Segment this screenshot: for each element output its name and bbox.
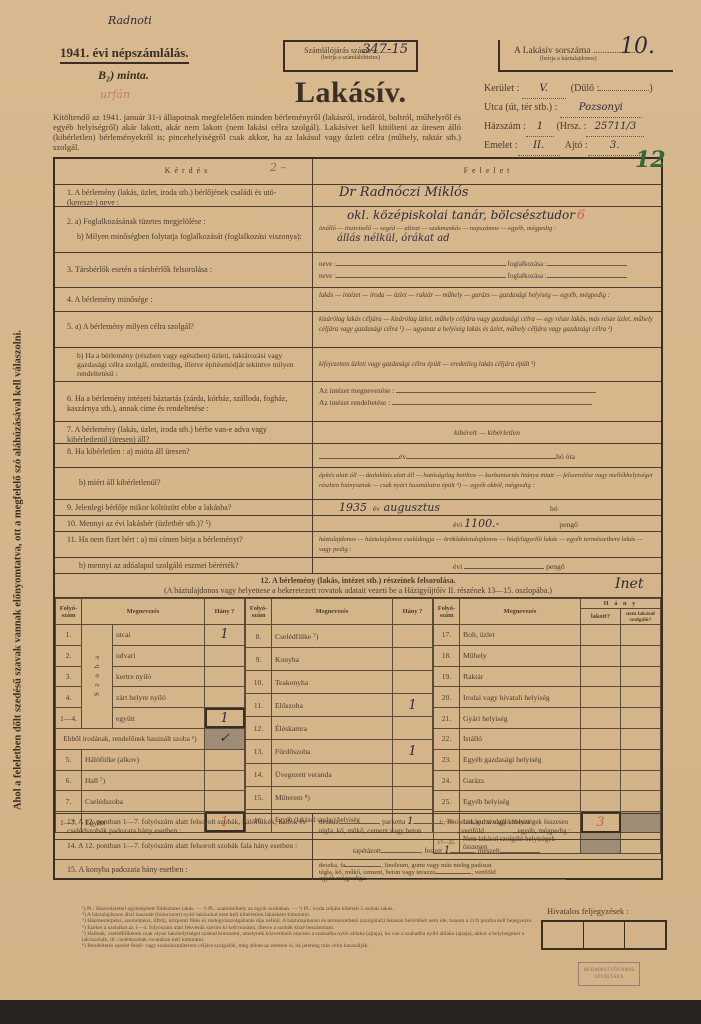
q12-hand-note: Inet xyxy=(615,576,643,592)
archive-stamp: BUDAPEST FŐVÁROS LEVÉLTÁRA xyxy=(578,962,640,986)
q7-text: 7. A bérlemény (lakás, üzlet, iroda stb.… xyxy=(55,422,313,443)
room-name: Teakonyha xyxy=(272,671,393,694)
address-block: Kerület : V. (Dűlő :) Utca (út, tér stb.… xyxy=(484,80,653,156)
q14-meszelt: , meszelt xyxy=(474,847,500,855)
room-lakott[interactable] xyxy=(581,770,621,791)
q6-row: 6. Ha a bérlemény intézeti háztartás (zá… xyxy=(55,382,661,422)
q5a-text: 5. a) A bérlemény milyen célra szolgál? xyxy=(55,312,313,347)
census-title: 1941. évi népszámlálás. xyxy=(60,45,189,64)
room-count-total[interactable]: 1 xyxy=(205,708,245,729)
q8a-row: 8. Ha kibérletlen : a) mióta áll üresen?… xyxy=(55,444,661,468)
q11b-text: b) mennyi az adóalapul szolgáló eszmei b… xyxy=(55,558,313,573)
room-no: 17. xyxy=(434,625,460,646)
green-mark: 12 xyxy=(635,147,666,173)
room-row: 17.Bolt, üzlet xyxy=(434,625,661,646)
room-row: 12.Éléskamra xyxy=(246,717,433,740)
q14-festett-value[interactable]: 1 xyxy=(444,845,450,856)
q14-festett-line xyxy=(450,852,474,853)
room-nem-lakasul[interactable] xyxy=(621,666,661,687)
room-name: Ebből irodának, rendelőnek használt szob… xyxy=(56,728,205,749)
room-name: együtt xyxy=(113,708,205,729)
footnote: ⁵) Házmesterpénz, szemétpénz, liftdíj, k… xyxy=(82,918,542,924)
room-name: Egyéb gazdasági helyiség xyxy=(460,749,581,770)
room-name: Éléskamra xyxy=(272,717,393,740)
room-name: Irodai vagy hivatali helyiség xyxy=(460,687,581,708)
lakott-header: lakott? xyxy=(581,609,621,625)
utca-label: Utca (út, tér stb.) : xyxy=(484,102,557,113)
q10-amount[interactable]: 1100.- xyxy=(464,517,499,530)
q14-tapetazott: tapétázott xyxy=(353,847,381,855)
room-row: 18.Műhely xyxy=(434,645,661,666)
room-lakott[interactable] xyxy=(581,728,621,749)
room-row: 5.Hálófülke (alkov) xyxy=(56,749,245,770)
room-no: 19. xyxy=(434,666,460,687)
q10-currency: pengő xyxy=(499,520,578,529)
col1-folyoszam-header: Folyó-szám xyxy=(56,599,82,625)
q9-year[interactable]: 1935 xyxy=(319,501,367,514)
q6-text: 6. Ha a bérlemény intézeti háztartás (zá… xyxy=(55,382,313,421)
room-row: 20.Irodai vagy hivatali helyiség xyxy=(434,687,661,708)
q13-text: 13. A 12. pontban 1—7. folyószám alatt f… xyxy=(55,814,313,839)
room-no: 1. xyxy=(56,625,82,646)
q3-name-label-2: neve : xyxy=(319,272,336,280)
dulo-field[interactable] xyxy=(599,90,649,91)
room-nem-lakasul[interactable] xyxy=(621,749,661,770)
room-row: 15.Műterem ⁸) xyxy=(246,786,433,809)
q14-answer-cell: tapétázott, festett 1, meszelt xyxy=(313,840,661,859)
room-row: 6.Hall ⁷) xyxy=(56,770,245,791)
q5b-row: b) Ha a bérlemény (részben vagy egészben… xyxy=(55,348,661,382)
form-title: Lakásív. xyxy=(295,76,407,110)
q8b-row: b) miért áll kibérletlenül? építés alatt… xyxy=(55,468,661,500)
q2a-answer[interactable]: okl. középiskolai tanár, bölcsésztudor xyxy=(347,208,575,222)
q6-label1: Az intézet megnevezése : xyxy=(319,386,394,395)
q12-subtitle: (A háztulajdonos vagy helyettese a beker… xyxy=(55,586,661,596)
q8a-year-field[interactable] xyxy=(319,458,399,459)
room-no: 20. xyxy=(434,687,460,708)
census-form-page: Radnoti 1941. évi népszámlálás. B₂) mint… xyxy=(0,0,701,1000)
q13-deszka: deszka xyxy=(319,818,339,826)
room-no: 14. xyxy=(246,763,272,786)
col-answer-header: F e l e l e t xyxy=(313,159,661,184)
q2a-text: 2. a) Foglalkozásának tüzetes megjelölés… xyxy=(67,217,306,227)
q3-answer-cell: neve : foglalkozása : neve : foglalkozás… xyxy=(313,253,661,287)
room-no: 25. xyxy=(434,791,460,812)
room-row: 8.Cselédfülke ⁷) xyxy=(246,625,433,648)
room-name: Műhely xyxy=(460,645,581,666)
sorszam-label: A Lakásív sorszáma xyxy=(514,46,591,56)
q11a-options[interactable]: háztulajdonos — háztulajdonos családtagj… xyxy=(313,532,661,557)
room-no: 15. xyxy=(246,786,272,809)
room-row: 11.Előszoba1 xyxy=(246,694,433,717)
col2-hany-header: Hány ? xyxy=(393,599,433,625)
room-name: Gyári helyiség xyxy=(460,708,581,729)
side-instruction: Ahol a feleletben dőlt szedésű szavak va… xyxy=(6,175,30,965)
q9-ho: hó xyxy=(440,504,558,513)
q1-text: 1. A bérlemény (lakás, üzlet, iroda stb.… xyxy=(55,185,313,206)
room-count-office[interactable]: ✓ xyxy=(205,728,245,749)
q1-answer-cell: Dr Radnóczi Miklós xyxy=(313,185,661,206)
q8a-text: 8. Ha kibérletlen : a) mióta áll üresen? xyxy=(55,444,313,467)
q9-ev: év xyxy=(373,504,380,513)
room-count[interactable] xyxy=(393,625,433,648)
room-name: Hall ⁷) xyxy=(82,770,205,791)
side-instruction-text: Ahol a feleletben dőlt szedésű szavak va… xyxy=(13,330,24,810)
q15-vertfold: , vertföld xyxy=(471,869,495,876)
room-count[interactable] xyxy=(393,717,433,740)
room-nem-lakasul[interactable] xyxy=(621,791,661,812)
official-box-3[interactable] xyxy=(625,922,665,948)
room-name: Előszoba xyxy=(272,694,393,717)
room-row: 21.Gyári helyiség xyxy=(434,708,661,729)
room-count[interactable] xyxy=(205,645,245,666)
room-count[interactable] xyxy=(393,671,433,694)
q2b-text: b) Milyen minőségben folytatja foglalkoz… xyxy=(67,232,306,242)
q4-row: 4. A bérlemény minősége : lakás — intéze… xyxy=(55,288,661,312)
q1-answer[interactable]: Dr Radnóczi Miklós xyxy=(319,185,469,200)
q15-row: 15. A konyha padozata hány esetben : des… xyxy=(55,860,661,880)
q8b-text: b) miért áll kibérletlenül? xyxy=(55,468,313,499)
room-row: 13.Fürdőszoba1 xyxy=(246,740,433,763)
q7-row: 7. A bérlemény (lakás, üzlet, iroda stb.… xyxy=(55,422,661,444)
room-no: 22. xyxy=(434,728,460,749)
q10-answer-cell: évi 1100.-pengő xyxy=(313,516,661,531)
room-name: Üvegezett veranda xyxy=(272,763,393,786)
szamlalojaras-label: Számlálójárás száma xyxy=(304,46,371,55)
q2-row: 2. a) Foglalkozásának tüzetes megjelölés… xyxy=(55,207,661,253)
room-row: 24.Garázs xyxy=(434,770,661,791)
q13-vertfold: , vertföld xyxy=(458,827,484,835)
q1-row: 1. A bérlemény (lakás, üzlet, iroda stb.… xyxy=(55,185,661,207)
q14-row: 14. A 12. pontban 1—7. folyószám alatt f… xyxy=(55,840,661,860)
q9-answer-cell: 1935 év augusztushó xyxy=(313,500,661,515)
q13-linoleum: , linoleum, gumi vagy azbeszt xyxy=(443,818,529,826)
kerulet-label: Kerület : xyxy=(484,83,519,94)
room-no: 21. xyxy=(434,708,460,729)
room-row: 23.Egyéb gazdasági helyiség xyxy=(434,749,661,770)
q2-questions: 2. a) Foglalkozásának tüzetes megjelölés… xyxy=(55,207,313,252)
col2-megnevezes-header: Megnevezés xyxy=(272,599,393,625)
room-row: 14.Üvegezett veranda xyxy=(246,763,433,786)
hazszam-label: Házszám : xyxy=(484,121,526,132)
room-no: 8. xyxy=(246,625,272,648)
intro-text: Kitöltendő az 1941. január 31-i állapotn… xyxy=(53,112,461,152)
q6-field1[interactable] xyxy=(396,392,596,393)
scan-bottom-edge xyxy=(0,1000,701,1024)
rooms-table-col2: Folyó-számMegnevezésHány ? 8.Cselédfülke… xyxy=(245,598,433,833)
ajto-label: Ajtó : xyxy=(565,140,588,151)
room-no: 10. xyxy=(246,671,272,694)
ajto-field[interactable]: 3. xyxy=(588,137,642,156)
questionnaire-table: K é r d é s F e l e l e t 2 – 12 1. A bé… xyxy=(53,157,663,880)
nem-lakasul-header: nem lakásul szolgáló? xyxy=(621,609,661,625)
room-name: Fürdőszoba xyxy=(272,740,393,763)
q13-row: 13. A 12. pontban 1—7. folyószám alatt f… xyxy=(55,813,661,840)
q14-tapetazott-field[interactable] xyxy=(381,852,421,853)
q11b-row: b) mennyi az adóalapul szolgáló eszmei b… xyxy=(55,558,661,574)
pencil-mark: 2 – xyxy=(270,161,286,174)
room-row: 9.Konyha xyxy=(246,648,433,671)
table-header: K é r d é s F e l e l e t 2 – 12 xyxy=(55,159,661,185)
q14-text: 14. A 12. pontban 1—7. folyószám alatt f… xyxy=(55,840,313,859)
room-name: Bolt, üzlet xyxy=(460,625,581,646)
room-name: Műterem ⁸) xyxy=(272,786,393,809)
q3-name-field-1[interactable] xyxy=(336,265,506,266)
room-name: Cselédfülke ⁷) xyxy=(272,625,393,648)
official-box-2[interactable] xyxy=(584,922,625,948)
szamlalojaras-value[interactable]: 347-15 xyxy=(362,42,408,57)
room-name: Hálófülke (alkov) xyxy=(82,749,205,770)
q11b-currency: pengő xyxy=(546,562,565,571)
footnote: ⁸) Rendeltetés szerint festő- vagy szobr… xyxy=(82,943,542,949)
hrsz-label: (Hrsz. : xyxy=(556,121,586,132)
q3-name-label: neve : xyxy=(319,260,336,268)
room-lakott[interactable] xyxy=(581,625,621,646)
q13-tegla: tégla, kő, műkő, cement vagy beton xyxy=(319,827,422,835)
sorszam-box: A Lakásív sorszáma .................. (b… xyxy=(498,40,673,72)
room-no: 12. xyxy=(246,717,272,740)
q3-occ-label-2: foglalkozása : xyxy=(508,272,547,280)
room-row: 10.Teakonyha xyxy=(246,671,433,694)
kerulet-field[interactable]: V. xyxy=(522,80,566,99)
room-name: Cselédszoba xyxy=(82,791,205,812)
q3-text: 3. Társbérlők esetén a társbérlők felsor… xyxy=(55,253,313,287)
room-lakott[interactable] xyxy=(581,666,621,687)
hany-group-header: H á n y xyxy=(581,599,661,609)
q2a-mark: 6 xyxy=(577,208,585,223)
room-row: Ebből irodának, rendelőnek használt szob… xyxy=(56,728,245,749)
dulo-close: ) xyxy=(649,83,652,94)
room-row: 22.Istálló xyxy=(434,728,661,749)
room-count[interactable] xyxy=(393,648,433,671)
room-no: 18. xyxy=(434,645,460,666)
col3-megnevezes-header: Megnevezés xyxy=(460,599,581,625)
q10-text: 10. Mennyi az évi lakásbér (üzletbér stb… xyxy=(55,516,313,531)
room-no: 4. xyxy=(56,687,82,708)
room-row: 7.Cselédszoba xyxy=(56,791,245,812)
q13-parketta-line xyxy=(413,823,443,824)
q14-festett: , festett xyxy=(421,847,442,855)
room-name: Konyha xyxy=(272,648,393,671)
sorszam-value[interactable]: 10. xyxy=(620,34,655,59)
hazszam-field[interactable]: 1 xyxy=(526,118,554,137)
room-lakott[interactable] xyxy=(581,708,621,729)
q13-tegla-field[interactable] xyxy=(422,832,458,833)
q2-answer-cell: okl. középiskolai tanár, bölcsésztudor 6… xyxy=(313,207,661,252)
room-count[interactable] xyxy=(393,763,433,786)
footnotes: ¹) Pl.: fűszerüzlettel egybeépített föld… xyxy=(82,906,542,949)
q3-occ-label: foglalkozása : xyxy=(508,260,547,268)
rooms-table-col1: Folyó-számMegnevezésHány ? 1.S z o b aut… xyxy=(55,598,245,833)
footnote: ⁷) Hallnak, cselédfülkének csak olyan la… xyxy=(82,931,542,943)
q5b-options[interactable]: kifejezetten üzleti vagy gazdasági célra… xyxy=(313,348,661,381)
official-box-1[interactable] xyxy=(543,922,584,948)
room-lakott[interactable] xyxy=(581,791,621,812)
room-no: 11. xyxy=(246,694,272,717)
q11a-row: 11. Ha nem fizet bért : a) mi címen bírj… xyxy=(55,532,661,558)
q12-title-row: 12. A bérlemény (lakás, intézet stb.) ré… xyxy=(55,574,661,598)
top-handwriting: Radnoti xyxy=(108,14,152,27)
room-count[interactable]: 1 xyxy=(393,740,433,763)
emelet-field[interactable]: II. xyxy=(518,137,560,156)
szamlalojaras-box: Számlálójárás száma ............ (beírja… xyxy=(283,40,418,72)
q10-evi: évi xyxy=(453,520,462,529)
q9-text: 9. Jelenlegi bérlője mikor költözött ebb… xyxy=(55,500,313,515)
q8a-answer-cell: évhó óta xyxy=(313,444,661,467)
q3-name-field-2[interactable] xyxy=(336,277,506,278)
room-nem-lakasul[interactable] xyxy=(621,728,661,749)
q5b-text: b) Ha a bérlemény (részben vagy egészben… xyxy=(55,348,313,381)
q13-parketta: , parketta xyxy=(379,818,406,826)
room-no: 2. xyxy=(56,645,82,666)
room-count[interactable] xyxy=(205,749,245,770)
utca-field[interactable]: Pozsonyi xyxy=(560,99,642,118)
room-count[interactable] xyxy=(205,791,245,812)
q8b-options[interactable]: építés alatt áll — átalakítás alatt áll … xyxy=(313,468,661,499)
q13-parketta-value[interactable]: 1 xyxy=(407,816,413,827)
q13-vertfold-field[interactable] xyxy=(484,832,514,833)
room-no: 24. xyxy=(434,770,460,791)
room-name: Garázs xyxy=(460,770,581,791)
col2-folyoszam-header: Folyó-szám xyxy=(246,599,272,625)
room-nem-lakasul[interactable] xyxy=(621,645,661,666)
room-name: utcai xyxy=(113,625,205,646)
q11a-text: 11. Ha nem fizet bért : a) mi címen bírj… xyxy=(55,532,313,557)
room-lakott[interactable] xyxy=(581,645,621,666)
col3-folyoszam-header: Folyó-szám xyxy=(434,599,460,625)
q6-label2: Az intézet rendeltetése : xyxy=(319,398,390,407)
q8a-ev: év xyxy=(399,452,406,461)
room-count[interactable] xyxy=(393,786,433,809)
room-lakott[interactable] xyxy=(581,749,621,770)
room-no: 5. xyxy=(56,749,82,770)
q4-options[interactable]: lakás — intézet — iroda — üzlet — raktár… xyxy=(313,288,661,311)
room-count[interactable]: 1 xyxy=(393,694,433,717)
q4-text: 4. A bérlemény minősége : xyxy=(55,288,313,311)
q15-answer-cell: deszka, fa, linoleum, gumi vagy más mele… xyxy=(313,860,661,880)
room-no: 1—4. xyxy=(56,708,82,729)
room-name: Raktár xyxy=(460,666,581,687)
q3-occ-field-2[interactable] xyxy=(547,277,627,278)
q14-meszelt-field[interactable] xyxy=(500,852,540,853)
col1-megnevezes-header: Megnevezés xyxy=(82,599,205,625)
q12-title: 12. A bérlemény (lakás, intézet stb.) ré… xyxy=(55,576,661,586)
hrsz-field[interactable]: 25711/3 xyxy=(586,118,644,137)
room-name: kertre nyíló xyxy=(113,666,205,687)
q2b-answer[interactable]: állás nélkül, órákat ad xyxy=(337,233,450,244)
form-variant: B₂) minta. xyxy=(98,68,149,83)
room-count[interactable] xyxy=(205,770,245,791)
q15-text: 15. A konyha padozata hány esetben : xyxy=(55,860,313,880)
room-nem-lakasul[interactable] xyxy=(621,708,661,729)
emelet-label: Emelet : xyxy=(484,140,518,151)
q8a-month-field[interactable] xyxy=(406,458,556,459)
szoba-label: S z o b a xyxy=(82,625,113,729)
room-no: 7. xyxy=(56,791,82,812)
room-no: 13. xyxy=(246,740,272,763)
red-handwriting: urfán xyxy=(100,88,130,101)
room-count[interactable] xyxy=(205,687,245,708)
q13-answer-cell: deszka, parketta 1, linoleum, gumi vagy … xyxy=(313,814,661,839)
q6-answer-cell: Az intézet megnevezése : Az intézet rend… xyxy=(313,382,661,421)
q7-options[interactable]: kibérelt — kibérletlen xyxy=(313,422,661,443)
q8a-ho: hó óta xyxy=(556,452,575,461)
room-no: 6. xyxy=(56,770,82,791)
room-nem-lakasul[interactable] xyxy=(621,770,661,791)
official-notes-title: Hivatalos feljegyzések : xyxy=(547,906,629,916)
q15-egyeb-field[interactable] xyxy=(366,879,566,880)
q15-deszka-field[interactable] xyxy=(345,866,381,867)
q9-row: 9. Jelenlegi bérlője mikor költözött ebb… xyxy=(55,500,661,516)
q11b-evi: évi xyxy=(453,562,462,571)
q13-deszka-field[interactable] xyxy=(339,823,379,824)
q11b-field[interactable] xyxy=(464,568,544,569)
room-name: zárt helyre nyíló xyxy=(113,687,205,708)
room-name: udvari xyxy=(113,645,205,666)
room-nem-lakasul[interactable] xyxy=(621,625,661,646)
room-count[interactable] xyxy=(205,666,245,687)
official-notes-boxes xyxy=(541,920,667,950)
q6-field2[interactable] xyxy=(392,404,592,405)
q15-tegla-field[interactable] xyxy=(435,873,471,874)
q15-egyeb: egyéb mégpedig : xyxy=(319,875,366,882)
q3-occ-field-1[interactable] xyxy=(547,265,627,266)
room-row: 1.S z o b autcai1 xyxy=(56,625,245,646)
room-no: 23. xyxy=(434,749,460,770)
dulo-label: (Dűlő : xyxy=(571,83,600,94)
q10-row: 10. Mennyi az évi lakásbér (üzletbér stb… xyxy=(55,516,661,532)
room-count[interactable]: 1 xyxy=(205,625,245,646)
room-no: 3. xyxy=(56,666,82,687)
q5a-options[interactable]: kizárólag lakás céljára — kizárólag üzle… xyxy=(313,312,661,347)
room-lakott[interactable] xyxy=(581,687,621,708)
room-name: Egyéb helyiség xyxy=(460,791,581,812)
room-row: 19.Raktár xyxy=(434,666,661,687)
room-name: Istálló xyxy=(460,728,581,749)
room-no: 9. xyxy=(246,648,272,671)
room-nem-lakasul[interactable] xyxy=(621,687,661,708)
col1-hany-header: Hány ? xyxy=(205,599,245,625)
q11b-answer-cell: évi pengő xyxy=(313,558,661,573)
q3-row: 3. Társbérlők esetén a társbérlők felsor… xyxy=(55,253,661,288)
q5a-row: 5. a) A bérlemény milyen célra szolgál? … xyxy=(55,312,661,348)
q13-egyeb: , egyéb, mégpedig : xyxy=(514,827,571,835)
q9-month[interactable]: augusztus xyxy=(384,501,440,514)
room-row: 25.Egyéb helyiség xyxy=(434,791,661,812)
